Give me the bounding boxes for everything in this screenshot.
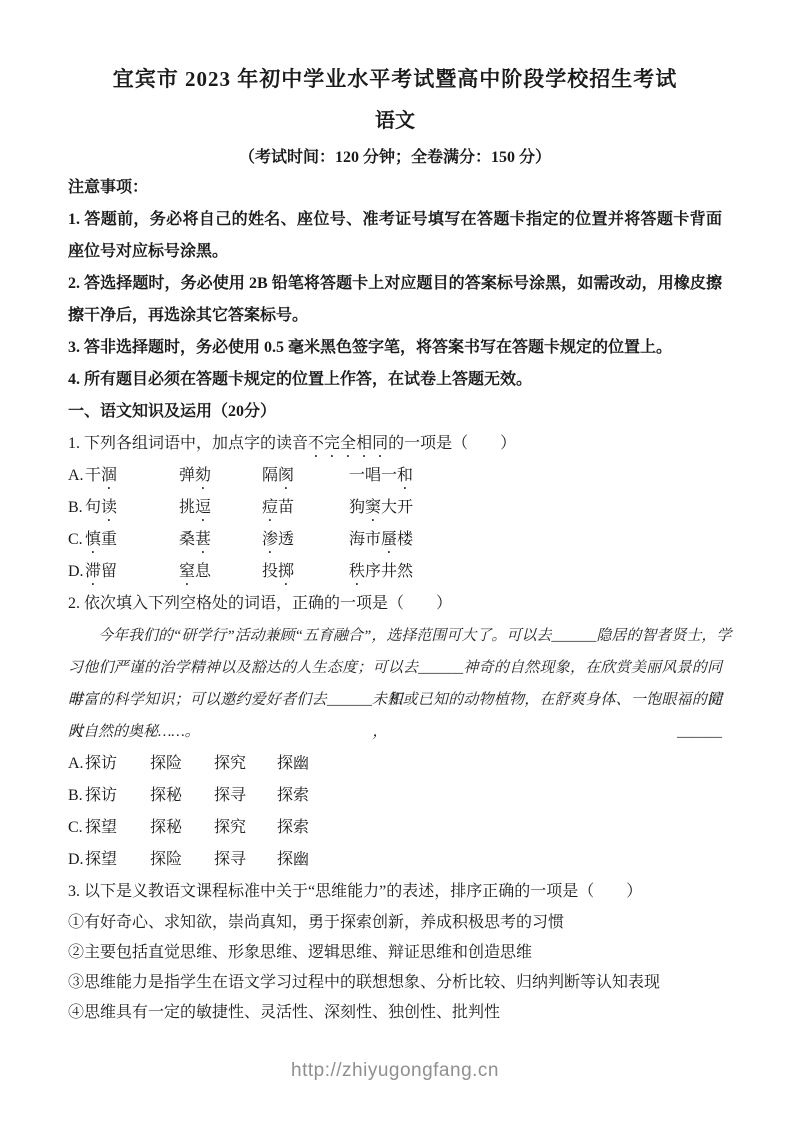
q3-item-2: ②主要包括直觉思维、形象思维、逻辑思维、辩证思维和创造思维: [68, 938, 722, 968]
q2-passage-line-2: 习他们严谨的治学精神以及豁达的人生态度；可以去______神奇的自然现象，在欣赏…: [68, 652, 722, 684]
emphasized-char: 秩: [349, 563, 365, 580]
emphasized-char: 同: [372, 435, 388, 452]
q2-options: A.探访探险探究探幽B.探访探秘探寻探索C.探望探秘探究探索D.探望探险探寻探幽: [68, 748, 722, 876]
option-word: 探险: [150, 844, 214, 876]
emphasized-char: 和: [397, 467, 413, 484]
emphasized-char: 劾: [195, 467, 211, 484]
option-word: 探望: [85, 844, 150, 876]
emphasized-char: 葚: [195, 531, 211, 548]
q3-stem: 3. 以下是义教语文课程标准中关于“思维能力”的表述，排序正确的一项是（ ）: [68, 876, 722, 908]
notice-line-2a: 2. 答选择题时，务必使用 2B 铅笔将答题卡上对应题目的答案标号涂黑，如需改动…: [68, 268, 722, 300]
option-letter: C.: [68, 524, 83, 556]
option-word: 滞留: [85, 556, 179, 589]
option-word: 海市蜃楼: [349, 524, 413, 557]
page-title: 宜宾市 2023 年初中学业水平考试暨高中阶段学校招生考试: [68, 64, 722, 94]
q2-passage-line-3: 丰富的科学知识；可以邀约爱好者们去______未知或已知的动物植物，在舒爽身体、…: [68, 684, 722, 716]
exam-info: （考试时间：120 分钟；全卷满分：150 分）: [68, 144, 722, 172]
option-row: C.慎重桑葚渗透海市蜃楼: [68, 524, 722, 556]
emphasized-char: 慎: [85, 531, 101, 548]
option-word: 秩序井然: [349, 556, 413, 589]
q3-item-3: ③思维能力是指学生在语文学习过程中的联想想象、分析比较、归纳判断等认知表现: [68, 968, 722, 998]
option-row: B.探访探秘探寻探索: [68, 780, 722, 812]
notice-line-2b: 擦干净后，再选涂其它答案标号。: [68, 300, 722, 332]
emphasized-char: 全: [340, 435, 356, 452]
option-word: 探寻: [214, 780, 277, 812]
option-word: 探访: [85, 748, 150, 780]
option-word: 窒息: [179, 556, 262, 589]
emphasized-char: 渗: [262, 531, 278, 548]
notice-line-1a: 1. 答题前，务必将自己的姓名、座位号、准考证号填写在答题卡指定的位置并将答题卡…: [68, 204, 722, 236]
option-word: 慎重: [85, 524, 179, 557]
option-word: 挑逗: [179, 492, 262, 525]
emphasized-char: 相: [356, 435, 372, 452]
emphasized-char: 逗: [195, 499, 211, 516]
option-word: 探秘: [150, 812, 214, 844]
option-word: 探寻: [214, 844, 277, 876]
emphasized-char: 完: [324, 435, 340, 452]
emphasized-char: 滞: [85, 563, 101, 580]
option-letter: C.: [68, 812, 83, 844]
option-word: 探望: [85, 812, 150, 844]
q1-stem: 1. 下列各组词语中，加点字的读音不完全相同的一项是（ ）: [68, 428, 722, 460]
exam-paper-page: 宜宾市 2023 年初中学业水平考试暨高中阶段学校招生考试 语文 （考试时间：1…: [0, 0, 793, 1122]
emphasized-char: 掷: [278, 563, 294, 580]
q1-options: A.干涸弹劾隔阂一唱一和B.句读挑逗痘苗狗窦大开C.慎重桑葚渗透海市蜃楼D.滞留…: [68, 460, 722, 588]
emphasized-char: 痘: [262, 499, 278, 516]
option-word: 探索: [277, 812, 309, 844]
option-word: 隔阂: [262, 460, 349, 493]
notice-line-1b: 座位号对应标号涂黑。: [68, 236, 722, 268]
emphasized-char: 读: [101, 499, 117, 516]
option-row: D.探望探险探寻探幽: [68, 844, 722, 876]
q2-stem: 2. 依次填入下列空格处的词语，正确的一项是（ ）: [68, 588, 722, 620]
emphasized-char: 窦: [365, 499, 381, 516]
option-word: 渗透: [262, 524, 349, 557]
option-word: 弹劾: [179, 460, 262, 493]
option-letter: A.: [68, 460, 83, 492]
option-word: 探幽: [277, 844, 309, 876]
option-letter: B.: [68, 492, 83, 524]
option-word: 句读: [85, 492, 179, 525]
option-word: 探访: [85, 780, 150, 812]
notice-line-4: 4. 所有题目必须在答题卡规定的位置上作答，在试卷上答题无效。: [68, 364, 722, 396]
option-word: 桑葚: [179, 524, 262, 557]
emphasized-char: 蜃: [381, 531, 397, 548]
option-row: D.滞留窒息投掷秩序井然: [68, 556, 722, 588]
emphasized-char: 阂: [278, 467, 294, 484]
option-letter: A.: [68, 748, 83, 780]
option-word: 探索: [277, 780, 309, 812]
emphasized-char: 窒: [179, 563, 195, 580]
option-row: A.干涸弹劾隔阂一唱一和: [68, 460, 722, 492]
option-letter: D.: [68, 844, 83, 876]
q3-item-1: ①有好奇心、求知欲，崇尚真知，勇于探索创新，养成积极思考的习惯: [68, 908, 722, 938]
option-word: 投掷: [262, 556, 349, 589]
option-word: 一唱一和: [349, 460, 413, 493]
option-row: B.句读挑逗痘苗狗窦大开: [68, 492, 722, 524]
option-word: 探幽: [277, 748, 309, 780]
option-row: A.探访探险探究探幽: [68, 748, 722, 780]
option-word: 探险: [150, 748, 214, 780]
option-word: 探秘: [150, 780, 214, 812]
q3-item-4: ④思维具有一定的敏捷性、灵活性、深刻性、独创性、批判性: [68, 998, 722, 1028]
option-row: C.探望探秘探究探索: [68, 812, 722, 844]
option-word: 狗窦大开: [349, 492, 413, 525]
option-letter: D.: [68, 556, 83, 588]
option-word: 干涸: [85, 460, 179, 493]
option-word: 痘苗: [262, 492, 349, 525]
notice-heading: 注意事项：: [68, 172, 722, 204]
option-letter: B.: [68, 780, 83, 812]
emphasized-char: 不: [308, 435, 324, 452]
subject-title: 语文: [68, 106, 722, 136]
option-word: 探究: [214, 812, 277, 844]
q2-passage-line-1: 今年我们的“研学行”活动兼顾“五育融合”，选择范围可大了。可以去______隐居…: [68, 620, 722, 652]
footer-url: http://zhiyugongfang.cn: [68, 1056, 722, 1086]
notice-line-3: 3. 答非选择题时，务必使用 0.5 毫米黑色签字笔，将答案书写在答题卡规定的位…: [68, 332, 722, 364]
option-word: 探究: [214, 748, 277, 780]
emphasized-char: 涸: [101, 467, 117, 484]
section-heading: 一、语文知识及运用（20分）: [68, 396, 722, 428]
